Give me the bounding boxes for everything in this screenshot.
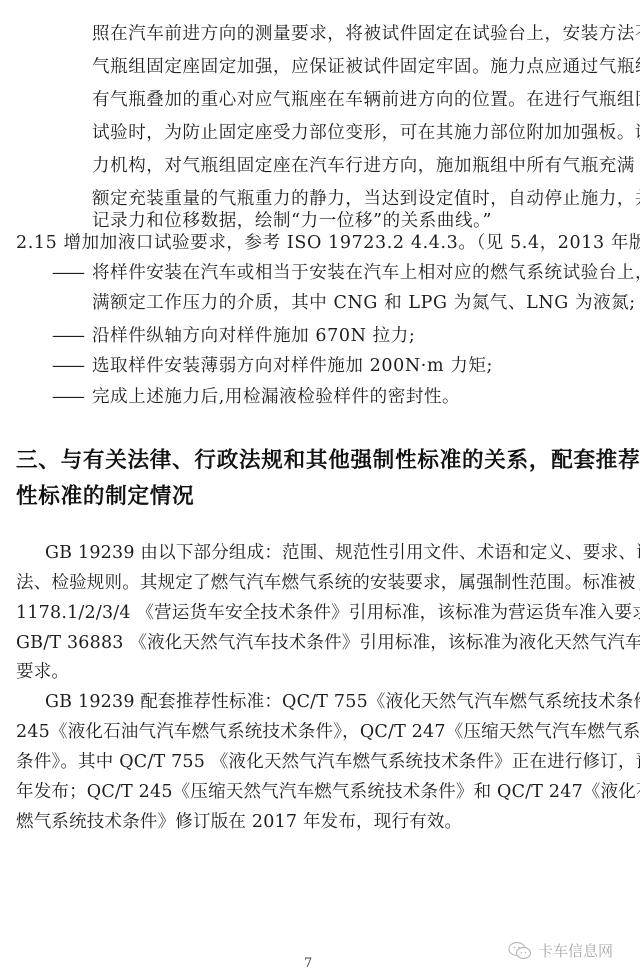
paragraph-line: 1178.1/2/3/4 《营运货车安全技术条件》引用标准，该标准为营运货车准入… <box>16 602 640 624</box>
page-number: 7 <box>304 956 312 971</box>
quote-line: 试验时，为防止固定座受力部位变形，可在其施力部位附加加强板。调整施 <box>92 122 640 144</box>
list-item: ——沿样件纵轴方向对样件施加 670N 拉力; <box>52 325 415 347</box>
list-item-continuation: 满额定工作压力的介质，其中 CNG 和 LPG 为氮气、LNG 为液氮; <box>92 292 636 314</box>
paragraph-line: GB/T 36883 《液化天然气汽车技术条件》引用标准，该标准为液化天然气汽车… <box>16 632 640 654</box>
heading-line: 性标准的制定情况 <box>16 483 194 511</box>
paragraph-line: GB 19239 配套推荐性标准：QC/T 755《液化天然气汽车燃气系统技术条… <box>45 691 640 713</box>
quote-line: 额定充装重量的气瓶重力的静力，当达到设定值时，自动停止施力，并实时 <box>92 188 640 210</box>
list-item-text: 选取样件安装薄弱方向对样件施加 200N·m 力矩; <box>92 356 493 376</box>
paragraph-line: 要求。 <box>16 661 69 683</box>
watermark: 卡车信息网 <box>508 940 613 961</box>
list-item: ——将样件安装在汽车或相当于安装在汽车上相对应的燃气系统试验台上，并充 <box>52 262 640 284</box>
dash-marker: —— <box>52 262 92 284</box>
quote-line: 气瓶组固定座固定加强，应保证被试件固定牢固。施力点应通过气瓶组中所 <box>92 56 640 78</box>
paragraph-line: 法、检验规则。其规定了燃气汽车燃气系统的安装要求，属强制性范围。标准被 JT/T <box>16 572 640 594</box>
list-item-text: 将样件安装在汽车或相当于安装在汽车上相对应的燃气系统试验台上，并充 <box>92 263 640 283</box>
list-item: ——完成上述施力后,用检漏液检验样件的密封性。 <box>52 386 460 408</box>
quote-line: 记录力和位移数据，绘制“力一位移”的关系曲线。” <box>92 210 492 232</box>
paragraph-line: GB 19239 由以下部分组成：范围、规范性引用文件、术语和定义、要求、试验方 <box>45 542 640 564</box>
list-item: ——选取样件安装薄弱方向对样件施加 200N·m 力矩; <box>52 355 493 377</box>
wechat-icon <box>508 941 532 961</box>
section-title: 2.15 增加加液口试验要求，参考 ISO 19723.2 4.4.3。（见 5… <box>16 232 640 254</box>
heading-line: 三、与有关法律、行政法规和其他强制性标准的关系，配套推荐 <box>16 447 640 475</box>
paragraph-line: 条件》。其中 QC/T 755 《液化天然气汽车燃气系统技术条件》正在进行修订，… <box>16 751 640 773</box>
quote-line: 照在汽车前进方向的测量要求，将被试件固定在试验台上，安装方法不应使 <box>92 23 640 45</box>
paragraph-line: 245《液化石油气汽车燃气系统技术条件》，QC/T 247《压缩天然气汽车燃气系… <box>16 721 640 743</box>
quote-line: 力机构，对气瓶组固定座在汽车行进方向，施加瓶组中所有气瓶充满 8 倍于 <box>92 155 640 177</box>
dash-marker: —— <box>52 355 92 377</box>
dash-marker: —— <box>52 325 92 347</box>
watermark-text: 卡车信息网 <box>538 940 613 961</box>
quote-line: 有气瓶叠加的重心对应气瓶座在车辆前进方向的位置。在进行气瓶组固定座 <box>92 89 640 111</box>
paragraph-line: 年发布；QC/T 245《压缩天然气汽车燃气系统技术条件》和 QC/T 247《… <box>16 781 640 803</box>
list-item-text: 完成上述施力后,用检漏液检验样件的密封性。 <box>92 387 460 407</box>
list-item-text: 沿样件纵轴方向对样件施加 670N 拉力; <box>92 326 415 346</box>
paragraph-line: 燃气系统技术条件》修订版在 2017 年发布，现行有效。 <box>16 811 462 833</box>
dash-marker: —— <box>52 386 92 408</box>
